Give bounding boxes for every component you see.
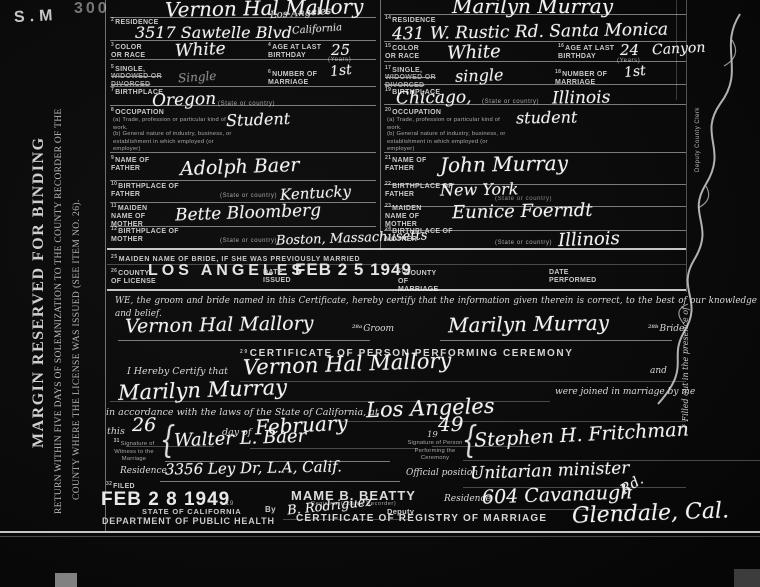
groom-mother-birthplace-note: (State or country) <box>220 238 277 244</box>
rule-line <box>110 105 376 106</box>
rule-line <box>126 446 214 447</box>
binding-margin-county-note: COUNTY WHERE THE LICENSE WAS ISSUED (SEE… <box>72 199 82 500</box>
form-left-border <box>105 0 106 531</box>
groom-marriage-number-label: 6NUMBER OF MARRIAGE <box>268 70 326 87</box>
binding-margin-title: MARGIN RESERVED FOR BINDING <box>30 136 48 448</box>
rule-line <box>384 84 686 85</box>
performer-position-value: Unitarian minister <box>470 458 630 484</box>
groom-mother-value: Bette Bloomberg <box>175 200 322 225</box>
ceremony-place-value: Los Angeles <box>366 394 495 422</box>
ceremony-year-value: 49 <box>438 412 463 436</box>
groom-age-label: 4AGE AT LAST BIRTHDAY <box>268 43 326 60</box>
groom-race-value: White <box>175 39 227 62</box>
bride-marital-value: single <box>455 65 504 86</box>
agency-line2: DEPARTMENT OF PUBLIC HEALTH <box>102 516 275 526</box>
rule-line <box>432 446 530 447</box>
by-label: By <box>265 505 276 514</box>
ceremony-day-value: 26 <box>132 414 156 436</box>
groom-father-birthplace-note: (State or country) <box>220 193 277 199</box>
groom-name-value: Vernon Hal Mallory <box>165 0 364 22</box>
rule-line <box>110 180 376 181</box>
rule-line <box>240 381 686 382</box>
bride-age-label: 16AGE AT LAST BIRTHDAY <box>558 44 616 61</box>
rule-line <box>463 487 686 488</box>
bride-mother-value: Eunice Foerndt <box>452 200 593 223</box>
bride-mother-birthplace-note: (State or country) <box>495 240 552 246</box>
rule-line <box>107 264 686 265</box>
date-issued-stamp: FEB 2 5 1949 <box>295 260 412 280</box>
groom-signature-label: 28aGroom <box>352 324 394 334</box>
binding-margin-return-note: RETURN WITHIN FIVE DAYS OF SOLEMNIZATION… <box>54 109 64 515</box>
witness-brace: { <box>160 419 175 461</box>
bride-occupation-value: student <box>516 107 578 127</box>
bride-birthplace-value2: Illinois <box>552 87 611 108</box>
ceremony-year-prefix: 19 <box>427 430 438 440</box>
witness-residence-label: Residence <box>120 466 167 476</box>
bride-name-value: Marilyn Murray <box>452 0 613 18</box>
groom-marital-value: Single <box>178 69 217 86</box>
groom-birthplace-state-note: (State or country) <box>218 101 275 107</box>
rule-line <box>335 421 686 422</box>
deputy-county-clerk-signature <box>628 8 758 428</box>
performer-position-label: Official position <box>406 468 478 478</box>
bride-occupation-sub-a: (a) Trade, profession or particular kind… <box>387 117 507 132</box>
rule-line <box>110 226 376 227</box>
bride-birthplace-value: Chicago, <box>396 87 472 108</box>
section-divider-line <box>107 248 686 250</box>
groom-occupation-sub-a: (a) Trade, profession or particular kind… <box>113 117 233 132</box>
groom-marriage-number-value: 1st <box>329 62 352 80</box>
photostat-artifact <box>55 573 77 587</box>
ceremony-this-word: this <box>107 426 125 437</box>
bride-occupation-label: 20OCCUPATION <box>385 108 441 117</box>
photostat-artifact <box>734 569 760 587</box>
rule-line <box>110 59 376 60</box>
rule-line <box>283 519 408 520</box>
rule-line <box>384 230 686 231</box>
rule-line <box>384 152 686 153</box>
bride-race-label: 15COLOR OR RACE <box>385 44 427 61</box>
rule-line <box>110 17 376 18</box>
rule-line <box>384 61 686 62</box>
groom-father-value: Adolph Baer <box>180 154 300 180</box>
rule-line <box>160 481 400 482</box>
marriage-certificate-photostat: S.M 300 MARGIN RESERVED FOR BINDING RETU… <box>0 0 760 587</box>
date-issued-label: DATE ISSUED <box>263 269 297 285</box>
witness-label: 31Signature of Witness to the Marriage <box>109 438 159 464</box>
rule-line <box>384 206 686 207</box>
rule-line <box>110 401 550 402</box>
column-divider <box>380 0 381 250</box>
section-divider-line <box>107 289 686 291</box>
groom-mother-birthplace-label: 12BIRTHPLACE OF MOTHER <box>111 227 181 244</box>
rule-line <box>463 460 760 461</box>
performer-residence-city: Glendale, Cal. <box>572 498 730 528</box>
rule-line <box>250 448 418 449</box>
groom-father-label: 9NAME OF FATHER <box>111 156 159 173</box>
rule-line <box>110 86 376 87</box>
groom-signature: Vernon Hal Mallory <box>125 312 314 337</box>
groom-occupation-label: 8OCCUPATION <box>111 108 164 117</box>
rule-line <box>110 152 376 153</box>
corner-stamp-prefix: S.M <box>14 7 58 27</box>
groom-residence-state-note: California <box>292 22 343 36</box>
ceremony-certify-prefix: I Hereby Certify that <box>127 366 228 377</box>
date-performed-label: DATE PERFORMED <box>549 269 609 285</box>
bride-father-value: John Murray <box>440 151 568 177</box>
rule-line <box>384 14 686 15</box>
rule-line <box>110 40 376 41</box>
signature-line <box>440 340 672 341</box>
bottom-border-line <box>0 536 760 537</box>
rule-line <box>165 461 390 462</box>
bride-mother-label: 23MAIDEN NAME OF MOTHER <box>385 204 437 229</box>
bride-signature: Marilyn Murray <box>448 311 609 338</box>
rule-line <box>110 202 376 203</box>
rule-line <box>384 41 686 42</box>
groom-occupation-sub-b: (b) General nature of industry, business… <box>113 131 243 154</box>
bottom-border-line <box>0 531 760 533</box>
groom-occupation-value: Student <box>226 109 291 130</box>
rule-line <box>384 184 686 185</box>
rule-line <box>384 104 686 105</box>
bride-father-label: 21NAME OF FATHER <box>385 156 433 173</box>
signature-line <box>118 340 370 341</box>
rule-line <box>480 509 665 510</box>
groom-father-birthplace-label: 10BIRTHPLACE OF FATHER <box>111 182 181 199</box>
groom-race-label: 3COLOR OR RACE <box>111 43 153 60</box>
performer-label: Signature of Person Performing the Cerem… <box>404 440 466 463</box>
bride-occupation-sub-b: (b) General nature of industry, business… <box>387 131 517 154</box>
